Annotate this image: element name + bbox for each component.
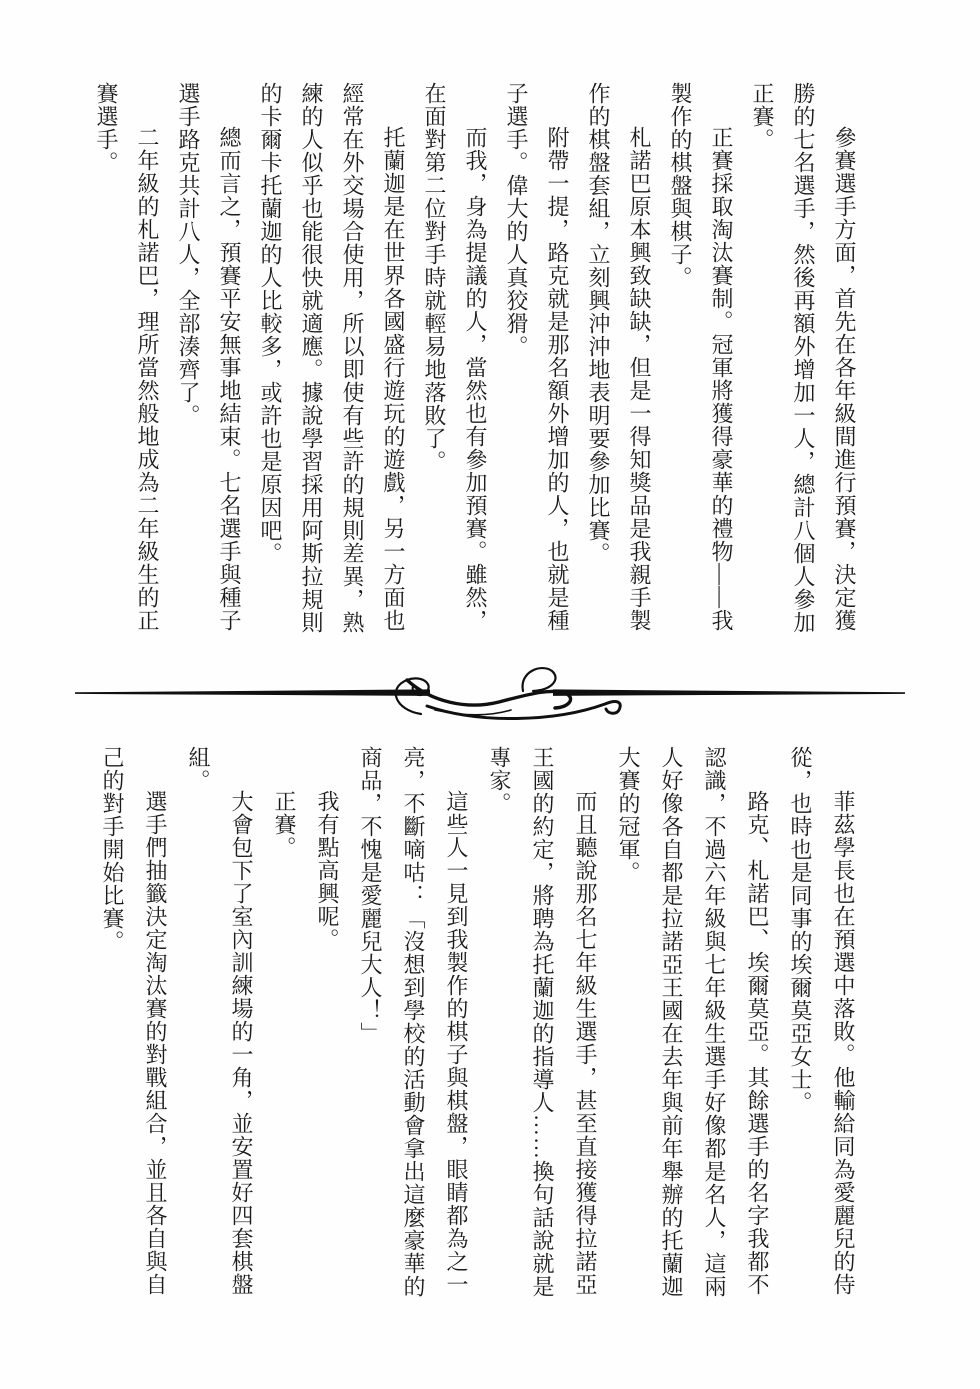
section-top: 參賽選手方面，首先在各年級間進行預賽，決定獲勝的七名選手，然後再額外增加一人，總…: [81, 82, 865, 640]
paragraph: 札諾巴原本興致缺缺，但是一得知獎品是我親手製作的棋盤套組，立刻興沖沖地表明要參加…: [578, 82, 660, 640]
paragraph: 參賽選手方面，首先在各年級間進行預賽，決定獲勝的七名選手，然後再額外增加一人，總…: [742, 82, 865, 640]
paragraph: 這些人一見到我製作的棋子與棋盤，眼睛都為之一亮，不斷嘀咕：「沒想到學校的活動會拿…: [349, 746, 478, 1304]
section-bottom: 菲茲學長也在預選中落敗。他輸給同為愛麗兒的侍從，也時也是同事的埃爾莫亞女士。 路…: [87, 746, 865, 1304]
paragraph: 二年級的札諾巴，理所當然般地成為二年級生的正賽選手。: [86, 82, 168, 640]
paragraph: 總而言之，預賽平安無事地結束。七名選手與種子選手路克共計八人，全部湊齊了。: [168, 82, 250, 640]
paragraph: 而我，身為提議的人，當然也有參加預賽。雖然，在面對第二位對手時就輕易地落敗了。: [414, 82, 496, 640]
paragraph: 正賽採取淘汰賽制。冠軍將獲得豪華的禮物——我製作的棋盤與棋子。: [660, 82, 742, 640]
paragraph: 大會包下了室內訓練場的一角，並安置好四套棋盤組。: [177, 746, 263, 1304]
section-divider: [75, 655, 905, 725]
paragraph: 附帶一提，路克就是那名額外增加的人，也就是種子選手。偉大的人真狡猾。: [496, 82, 578, 640]
paragraph: 而且聽說那名七年級生選手，甚至直接獲得拉諾亞王國的約定，將聘為托蘭迦的指導人………: [478, 746, 607, 1304]
paragraph: 選手們抽籤決定淘汰賽的對戰組合，並且各自與自己的對手開始比賽。: [91, 746, 177, 1304]
paragraph: 托蘭迦是在世界各國盛行遊玩的遊戲，另一方面也經常在外交場合使用，所以即使有些許的…: [250, 82, 414, 640]
paragraph: 菲茲學長也在預選中落敗。他輸給同為愛麗兒的侍從，也時也是同事的埃爾莫亞女士。: [779, 746, 865, 1304]
paragraph: 我有點高興呢。: [306, 746, 349, 1304]
flourish-icon: [75, 655, 905, 725]
paragraph: 正賽。: [263, 746, 306, 1304]
book-page: 參賽選手方面，首先在各年級間進行預賽，決定獲勝的七名選手，然後再額外增加一人，總…: [0, 0, 980, 1389]
paragraph: 路克、札諾巴、埃爾莫亞。其餘選手的名字我都不認識，不過六年級與七年級生選手好像都…: [607, 746, 779, 1304]
